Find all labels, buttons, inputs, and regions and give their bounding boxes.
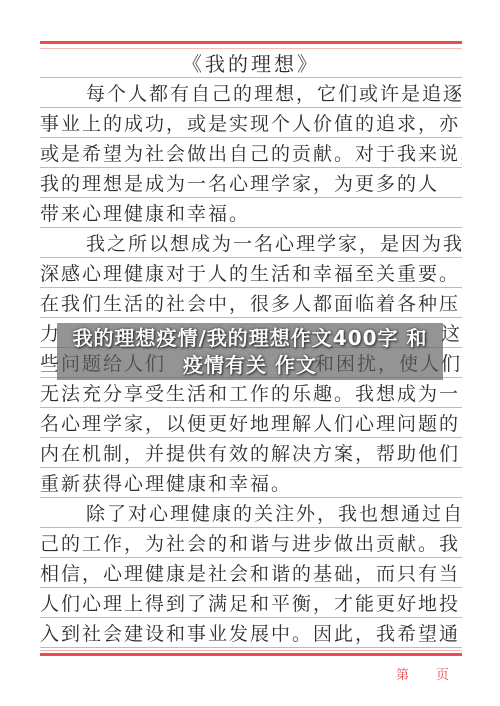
watermark-overlay: 我的理想疫情/我的理想作文400字 和 疫情有关 作文 xyxy=(57,323,443,380)
bottom-border-thick-line xyxy=(40,653,462,656)
line-text: 无法充分享受生活和工作的乐趣。我想成为一 xyxy=(40,385,460,405)
top-border-thick-line xyxy=(40,41,462,44)
essay-line: 除了对心理健康的关注外，我也想通过自 xyxy=(40,498,462,528)
essay-line: 深感心理健康对于人的生活和幸福至关重要。 xyxy=(40,258,462,288)
watermark-text-line2: 疫情有关 作文 xyxy=(183,352,317,379)
footer-page-suffix: 页 xyxy=(436,664,450,683)
line-text: 入到社会建设和事业发展中。因此，我希望通 xyxy=(40,625,460,645)
line-text: 己的工作，为社会的和谐与进步做出贡献。我 xyxy=(40,535,460,555)
bottom-border-thin-line xyxy=(40,650,462,651)
essay-line: 在我们生活的社会中，很多人都面临着各种压 xyxy=(40,288,462,318)
essay-line: 我之所以想成为一名心理学家，是因为我 xyxy=(40,228,462,258)
essay-line: 己的工作，为社会的和谐与进步做出贡献。我 xyxy=(40,528,462,558)
line-text: 深感心理健康对于人的生活和幸福至关重要。 xyxy=(40,265,460,285)
line-text: 带来心理健康和幸福。 xyxy=(40,205,250,225)
line-text: 相信，心理健康是社会和谐的基础，而只有当 xyxy=(40,565,460,585)
essay-line: 内在机制，并提供有效的解决方案，帮助他们 xyxy=(40,438,462,468)
line-text: 事业上的成功，或是实现个人价值的追求，亦 xyxy=(40,115,460,135)
line-text: 我之所以想成为一名心理学家，是因为我 xyxy=(86,235,462,255)
line-text: 重新获得心理健康和幸福。 xyxy=(40,475,292,495)
line-text: 内在机制，并提供有效的解决方案，帮助他们 xyxy=(40,445,460,465)
essay-line: 相信，心理健康是社会和谐的基础，而只有当 xyxy=(40,558,462,588)
essay-line: 重新获得心理健康和幸福。 xyxy=(40,468,462,498)
line-text: 每个人都有自己的理想，它们或许是追逐 xyxy=(86,85,462,105)
essay-line: 事业上的成功，或是实现个人价值的追求，亦 xyxy=(40,108,462,138)
essay-line: 无法充分享受生活和工作的乐趣。我想成为一 xyxy=(40,378,462,408)
line-text: 除了对心理健康的关注外，我也想通过自 xyxy=(86,505,462,525)
footer-page-prefix: 第 xyxy=(396,664,410,683)
page-footer: 第 页 xyxy=(40,664,462,683)
essay-line: 或是希望为社会做出自己的贡献。对于我来说， xyxy=(40,138,462,168)
footer-page-number-space xyxy=(410,664,436,683)
essay-page: 《我的理想》 每个人都有自己的理想，它们或许是追逐 事业上的成功，或是实现个人价… xyxy=(0,0,500,706)
essay-title: 《我的理想》 xyxy=(182,54,320,75)
essay-line: 带来心理健康和幸福。 xyxy=(40,198,462,228)
line-text: 我的理想是成为一名心理学家，为更多的人 xyxy=(40,175,439,195)
line-text: 名心理学家，以便更好地理解人们心理问题的 xyxy=(40,415,460,435)
essay-line: 人们心理上得到了满足和平衡，才能更好地投 xyxy=(40,588,462,618)
essay-line: 入到社会建设和事业发展中。因此，我希望通 xyxy=(40,618,462,648)
line-text: 或是希望为社会做出自己的贡献。对于我来说， xyxy=(40,145,462,165)
line-text: 在我们生活的社会中，很多人都面临着各种压 xyxy=(40,295,460,315)
essay-title-row: 《我的理想》 xyxy=(40,49,462,78)
essay-line: 每个人都有自己的理想，它们或许是追逐 xyxy=(40,78,462,108)
essay-line: 名心理学家，以便更好地理解人们心理问题的 xyxy=(40,408,462,438)
watermark-text-line1: 我的理想疫情/我的理想作文400字 和 xyxy=(72,325,427,352)
essay-line: 我的理想是成为一名心理学家，为更多的人 xyxy=(40,168,462,198)
line-text: 人们心理上得到了满足和平衡，才能更好地投 xyxy=(40,595,460,615)
